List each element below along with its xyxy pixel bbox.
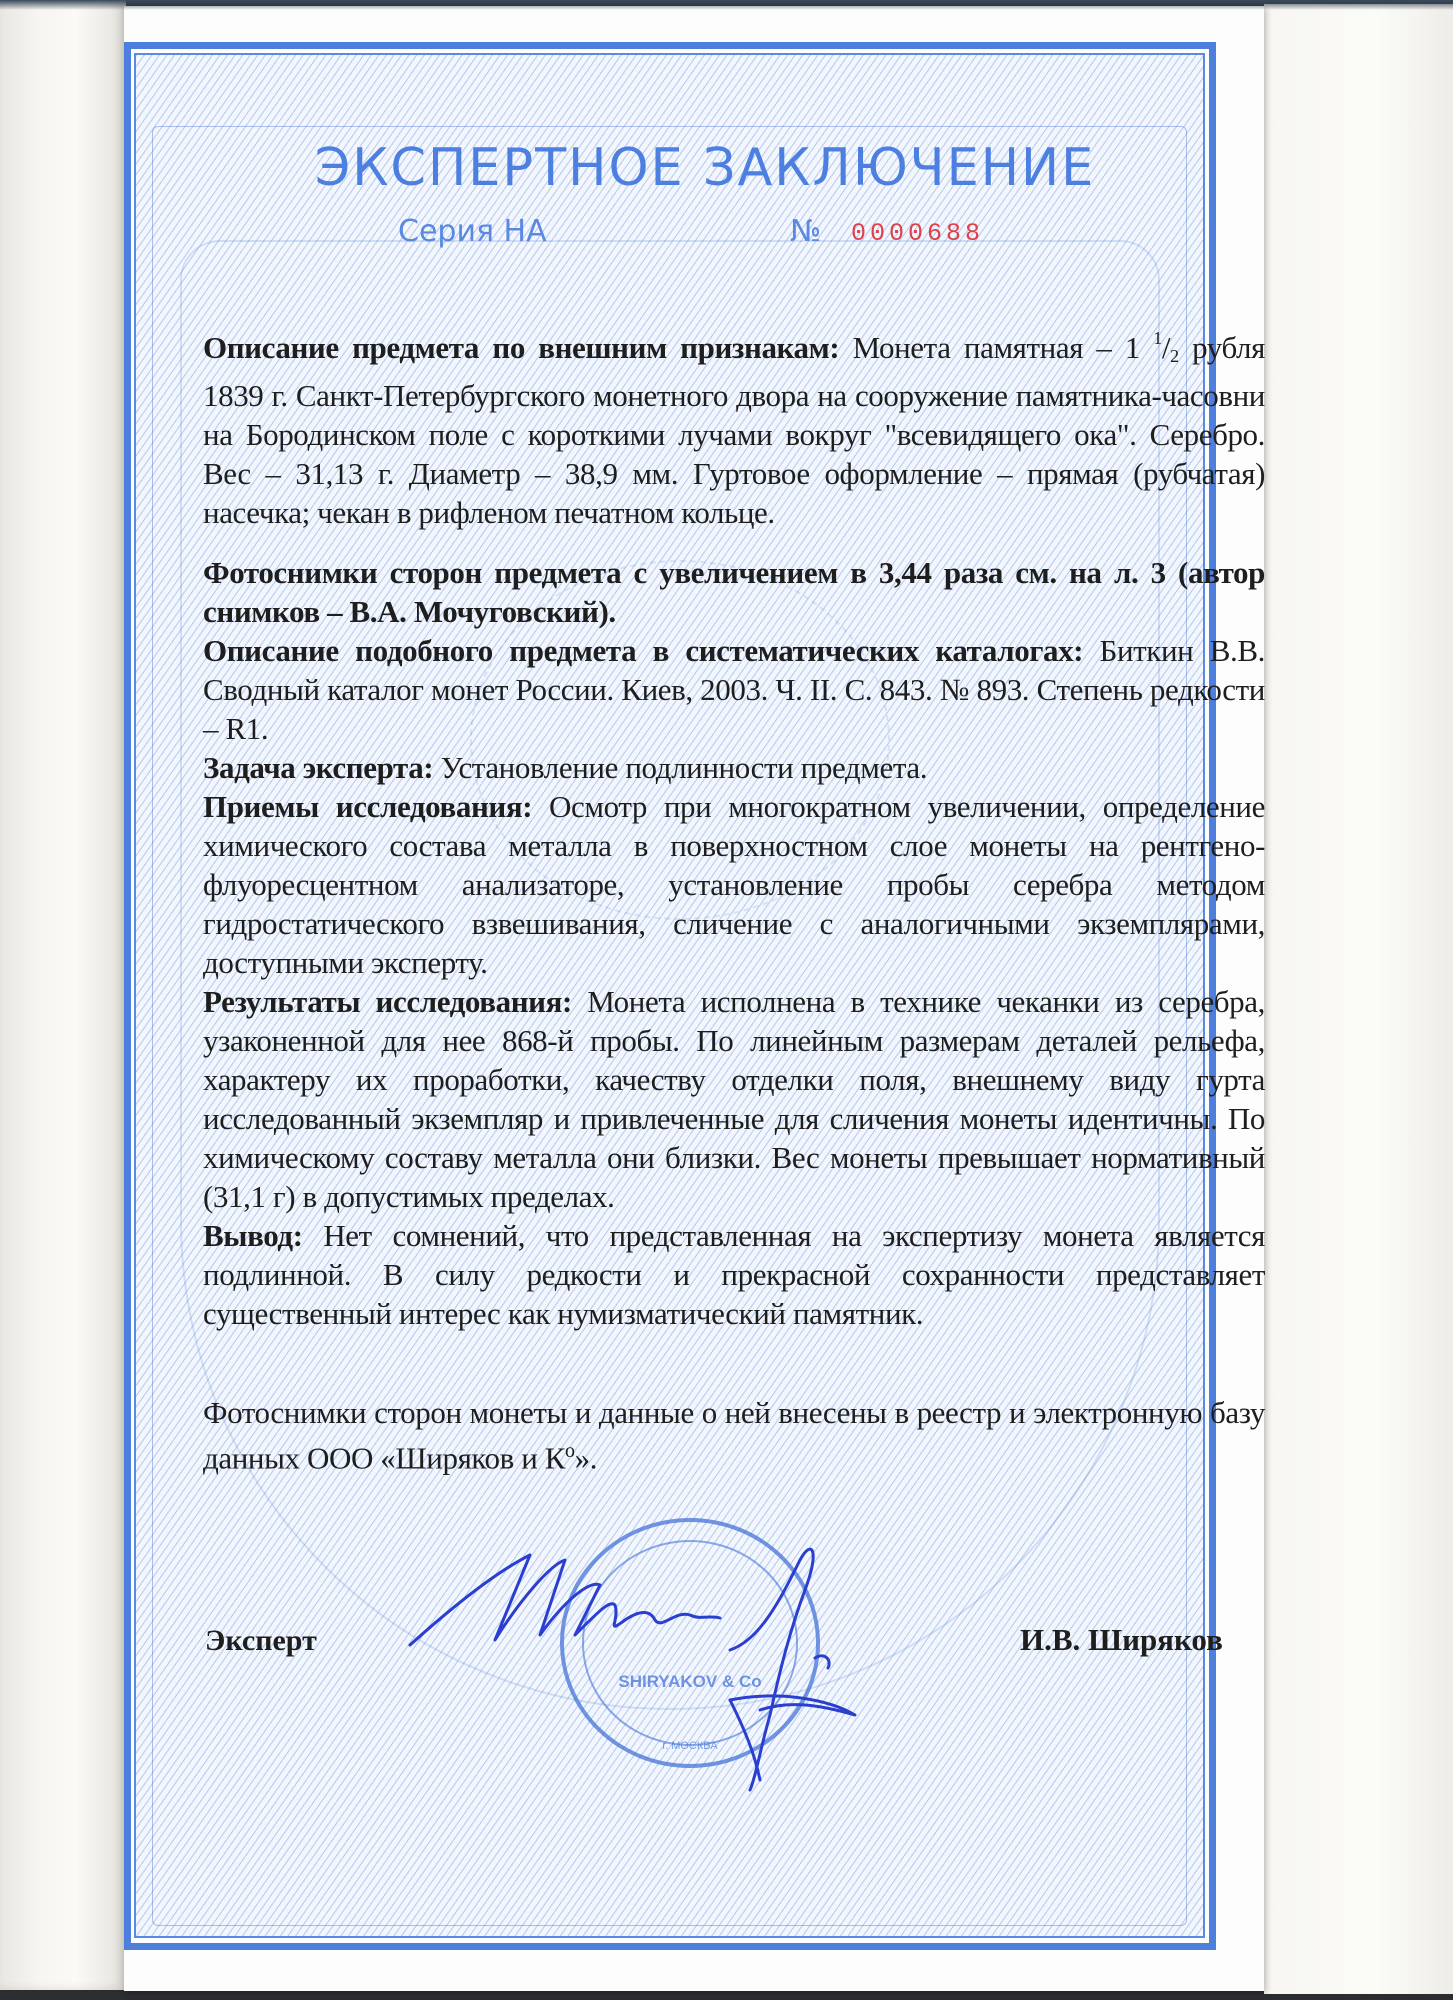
section-text: Нет сомнений, что представленная на эксп… bbox=[203, 1218, 1265, 1331]
expert-label: Эксперт bbox=[205, 1624, 317, 1658]
section-item-catalog: Описание подобного предмета в систематич… bbox=[203, 631, 1265, 748]
page-right-margin bbox=[1264, 4, 1453, 1994]
section-item-photos: Фотоснимки сторон предмета с увеличением… bbox=[203, 553, 1265, 631]
registry-note-end: ». bbox=[575, 1440, 597, 1475]
expert-name: И.В. Ширяков bbox=[1020, 1622, 1223, 1658]
registry-note-text: Фотоснимки сторон монеты и данные о ней … bbox=[203, 1395, 1265, 1475]
number-sign: № bbox=[790, 214, 821, 249]
certificate-number: 0000688 bbox=[851, 219, 984, 248]
section-label: Задача эксперта: bbox=[203, 750, 433, 785]
series-label: Серия НА bbox=[398, 214, 547, 249]
previous-page-edge bbox=[0, 0, 126, 1990]
section-item-conclusion: Вывод: Нет сомнений, что представленная … bbox=[203, 1216, 1265, 1333]
section-text: Монета памятная – 1 bbox=[839, 330, 1153, 365]
section-label: Приемы исследования: bbox=[203, 789, 532, 824]
section-label: Вывод: bbox=[203, 1218, 303, 1253]
section-label: Описание подобного предмета в систематич… bbox=[203, 633, 1083, 668]
section-label: Результаты исследования: bbox=[203, 984, 572, 1019]
section-item-task: Задача эксперта: Установление подлинност… bbox=[203, 748, 1265, 787]
section-text: Установление подлинности предмета. bbox=[433, 750, 927, 785]
document-title: ЭКСПЕРТНОЕ ЗАКЛЮЧЕНИЕ bbox=[289, 138, 1122, 198]
section-label: Описание предмета по внешним признакам: bbox=[203, 330, 839, 365]
registry-note: Фотоснимки сторон монеты и данные о ней … bbox=[203, 1393, 1265, 1477]
section-item-methods: Приемы исследования: Осмотр при многокра… bbox=[203, 787, 1265, 982]
scan-shadow bbox=[0, 0, 1453, 10]
section-item-results: Результаты исследования: Монета исполнен… bbox=[203, 982, 1265, 1216]
section-item-description: Описание предмета по внешним признакам: … bbox=[203, 319, 1265, 532]
section-label: Фотоснимки сторон предмета с увеличением… bbox=[203, 555, 1265, 629]
fraction: 1/2 bbox=[1153, 330, 1178, 365]
registry-note-superscript: о bbox=[565, 1440, 575, 1462]
signature-icon bbox=[400, 1540, 1020, 1800]
